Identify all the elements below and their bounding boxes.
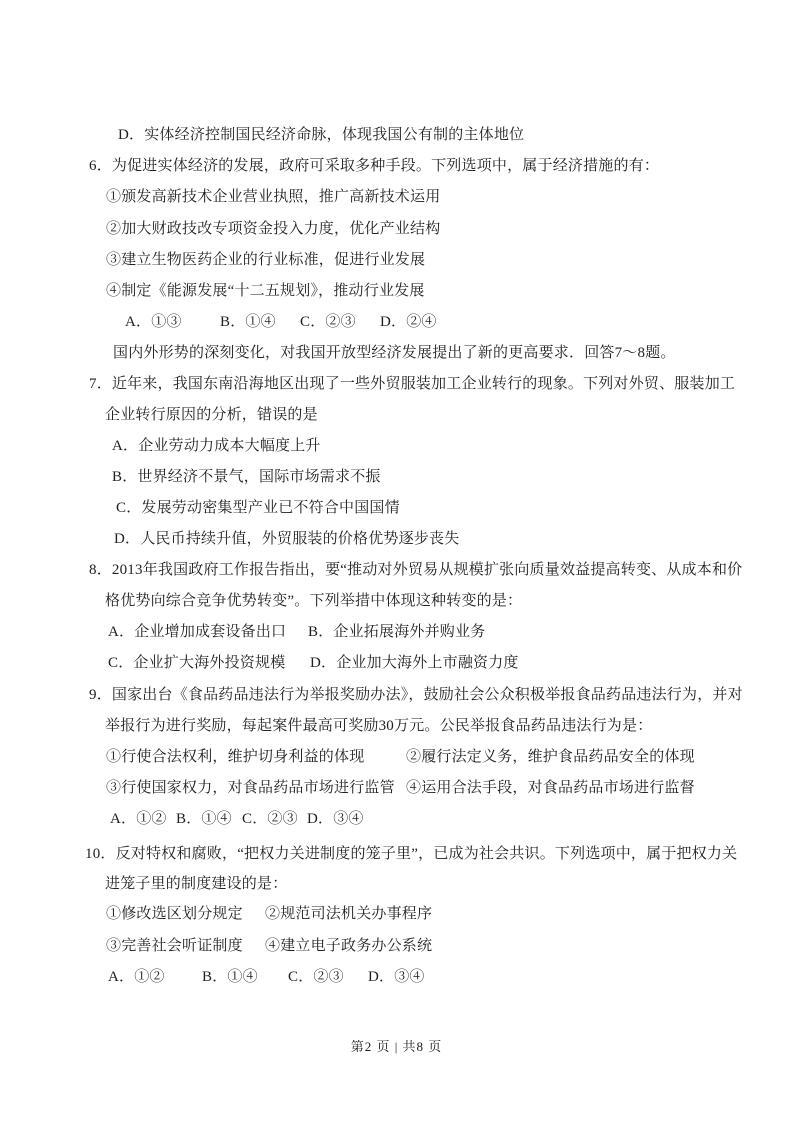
question-9-option-b: B．①④	[176, 810, 232, 829]
question-6-option-d: D．②④	[380, 313, 437, 332]
questions-7-8-intro: 国内外形势的深刻变化，对我国开放型经济发展提出了新的更高要求．回答7～8题。	[113, 344, 676, 363]
question-6-item-3: ③建立生物医药企业的行业标准，促进行业发展	[106, 251, 425, 270]
question-10-stem-line-1: 10．反对特权和腐败，“把权力关进制度的笼子里”，已成为社会共识。下列选项中，属…	[85, 845, 737, 864]
question-6-item-4: ④制定《能源发展“十二五规划》，推动行业发展	[106, 282, 425, 301]
question-7-option-a: A．企业劳动力成本大幅度上升	[112, 437, 321, 456]
question-9-option-a: A．①②	[110, 810, 167, 829]
question-8-option-c: C．企业扩大海外投资规模	[108, 654, 285, 673]
question-8-option-b: B．企业拓展海外并购业务	[308, 623, 485, 642]
question-8-stem-line-2: 格优势向综合竞争优势转变”。下列举措中体现这种转变的是：	[105, 592, 522, 611]
question-8-options-row-1: A．企业增加成套设备出口 B．企业拓展海外并购业务	[108, 623, 668, 642]
question-10-items-row-1: ①修改选区划分规定 ②规范司法机关办事程序	[106, 905, 586, 924]
question-8-option-a: A．企业增加成套设备出口	[108, 623, 286, 642]
question-9-items-row-2: ③行使国家权力，对食品药品市场进行监管 ④运用合法手段，对食品药品市场进行监督	[106, 779, 726, 798]
question-6-stem: 6．为促进实体经济的发展，政府可采取多种手段。下列选项中，属于经济措施的有：	[89, 157, 659, 176]
question-10-option-a: A．①②	[108, 968, 165, 987]
question-9-option-d: D．③④	[307, 810, 364, 829]
question-9-item-2: ②履行法定义务，维护食品药品安全的体现	[406, 748, 695, 767]
question-9-item-1: ①行使合法权利，维护切身利益的体现	[106, 748, 364, 767]
question-6-item-2: ②加大财政技改专项资金投入力度，优化产业结构	[106, 220, 440, 239]
question-8-options-row-2: C．企业扩大海外投资规模 D．企业加大海外上市融资力度	[108, 654, 668, 673]
question-6-item-1: ①颁发高新技术企业营业执照，推广高新技术运用	[106, 188, 440, 207]
question-10-items-row-2: ③完善社会听证制度 ④建立电子政务办公系统	[106, 937, 586, 956]
question-10-item-3: ③完善社会听证制度	[106, 937, 243, 956]
question-9-items-row-1: ①行使合法权利，维护切身利益的体现 ②履行法定义务，维护食品药品安全的体现	[106, 748, 726, 767]
question-6-option-a: A．①③	[125, 313, 182, 332]
exam-paper-page: D．实体经济控制国民经济命脉，体现我国公有制的主体地位 6．为促进实体经济的发展…	[0, 0, 793, 1122]
question-6-option-c: C．②③	[300, 313, 356, 332]
question-9-option-c: C．②③	[242, 810, 298, 829]
question-10-item-1: ①修改选区划分规定	[106, 905, 243, 924]
question-6-options-row: A．①③ B．①④ C．②③ D．②④	[125, 313, 525, 332]
question-7-stem-line-2: 企业转行原因的分析，错误的是	[105, 406, 318, 425]
question-7-stem-line-1: 7．近年来，我国东南沿海地区出现了一些外贸服装加工企业转行的现象。下列对外贸、服…	[89, 375, 735, 394]
question-10-item-4: ④建立电子政务办公系统	[265, 937, 432, 956]
question-9-item-3: ③行使国家权力，对食品药品市场进行监管	[106, 779, 395, 798]
question-9-item-4: ④运用合法手段，对食品药品市场进行监督	[406, 779, 695, 798]
question-10-option-d: D．③④	[368, 968, 425, 987]
question-6-option-b: B．①④	[220, 313, 276, 332]
question-9-stem-line-2: 举报行为进行奖励，每起案件最高可奖励30万元。公民举报食品药品违法行为是：	[105, 717, 652, 736]
question-10-option-c: C．②③	[288, 968, 344, 987]
question-8-stem-line-1: 8．2013年我国政府工作报告指出，要“推动对外贸易从规模扩张向质量效益提高转变…	[89, 561, 742, 580]
question-9-options-row: A．①② B．①④ C．②③ D．③④	[110, 810, 430, 829]
question-9-stem-line-1: 9．国家出台《食品药品违法行为举报奖励办法》，鼓励社会公众积极举报食品药品违法行…	[89, 686, 743, 705]
question-10-stem-line-2: 进笼子里的制度建设的是：	[105, 875, 287, 894]
question-8-option-d: D．企业加大海外上市融资力度	[310, 654, 519, 673]
question-10-item-2: ②规范司法机关办事程序	[265, 905, 432, 924]
question-10-option-b: B．①④	[202, 968, 258, 987]
question-10-options-row: A．①② B．①④ C．②③ D．③④	[108, 968, 488, 987]
page-number-indicator: 第2 页 | 共8 页	[0, 1036, 793, 1055]
question-7-option-c: C．发展劳动密集型产业已不符合中国国情	[116, 499, 400, 518]
question-7-option-d: D．人民币持续升值，外贸服装的价格优势逐步丧失	[114, 530, 459, 549]
question-7-option-b: B．世界经济不景气，国际市场需求不振	[112, 468, 381, 487]
question-5-option-d: D．实体经济控制国民经济命脉，体现我国公有制的主体地位	[118, 126, 524, 145]
